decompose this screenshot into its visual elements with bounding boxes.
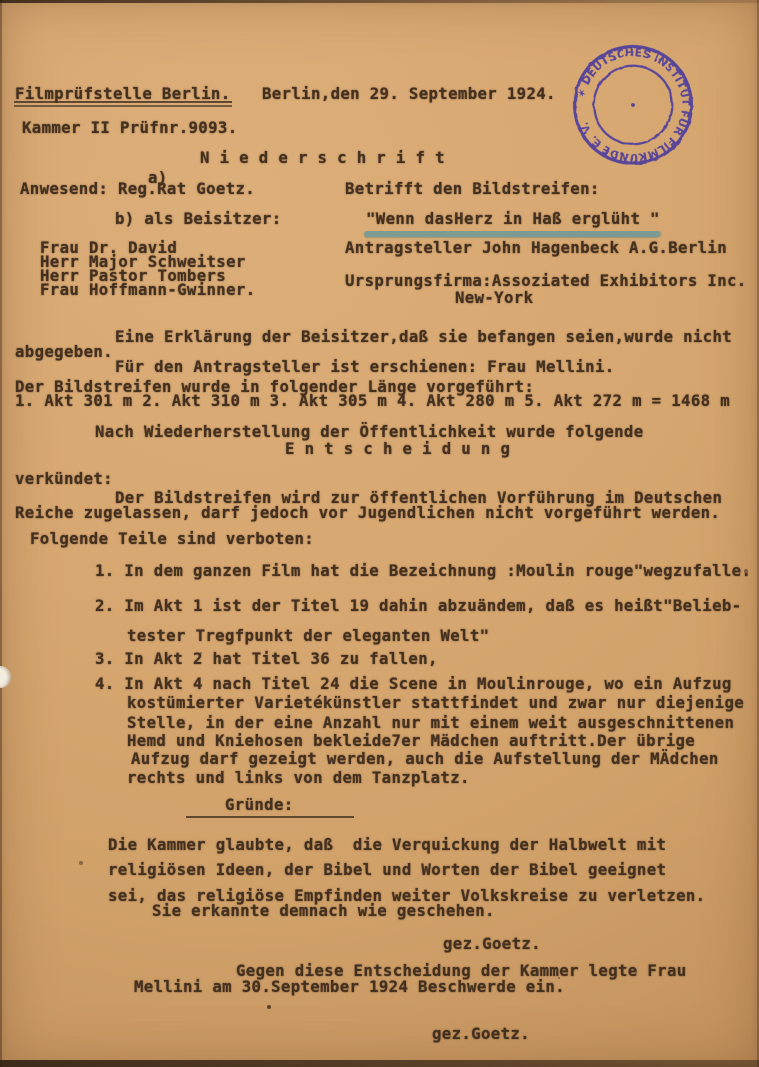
item-2-line-2: tester Tregfpunkt der eleganten Welt" xyxy=(127,628,489,644)
institute-stamp: ✶ DEUTSCHES INSTITUT FÜR FILMKUNDE E. V. xyxy=(557,29,708,180)
grounds-heading: Gründe: xyxy=(225,797,294,813)
office-underline-2 xyxy=(14,105,232,107)
grounds-underline xyxy=(186,816,354,818)
grounds-line-2: religiösen Ideen, der Bibel und Worten d… xyxy=(108,862,666,878)
scan-edge-left xyxy=(0,0,2,1067)
signature-2: gez.Goetz. xyxy=(432,1026,530,1042)
length-acts: 1. Akt 301 m 2. Akt 310 m 3. Akt 305 m 4… xyxy=(15,393,730,409)
grounds-line-1: Die Kammer glaubte, daß die Verquickung … xyxy=(108,837,666,853)
office-underline-1 xyxy=(14,101,232,103)
item-1-line-1: 1. In dem ganzen Film hat die Bezeichnun… xyxy=(95,563,751,579)
present-line: Anwesend: Reg.Rat Goetz. xyxy=(20,181,255,197)
scan-edge-bottom xyxy=(0,1060,759,1067)
signature-1: gez.Goetz. xyxy=(443,936,541,952)
re-label: Betrifft den Bildstreifen: xyxy=(345,181,600,197)
item-4-line-4: Hemd und Kniehosen bekleide7er Mädchen a… xyxy=(127,733,695,749)
decision-word: E n t s c h e i d u n g xyxy=(285,441,510,457)
item-2-line-1: 2. Im Akt 1 ist der Titel 19 dahin abzuä… xyxy=(95,598,741,614)
origin-city: New-York xyxy=(455,290,533,306)
appeared-line: Für den Antragsteller ist erschienen: Fr… xyxy=(115,359,615,375)
document-scan: Filmprüfstelle Berlin. Berlin,den 29. Se… xyxy=(0,0,759,1067)
item-4-line-6: rechts und links von dem Tanzplatz. xyxy=(127,770,470,786)
chamber-line: Kammer II Prüfnr.9093. xyxy=(22,120,237,136)
decision-intro: Nach Wiederherstellung der Öffentlichkei… xyxy=(95,424,644,440)
office-title: Filmprüfstelle Berlin. xyxy=(15,86,230,102)
appeal-line-2: Mellini am 30.September 1924 Beschwerde … xyxy=(134,979,565,995)
ink-specks xyxy=(0,0,2,2)
stamp-center-dot xyxy=(631,103,635,107)
applicant-line: Antragsteller John Hagenbeck A.G.Berlin xyxy=(345,240,727,256)
item-3-line-1: 3. In Akt 2 hat Titel 36 zu fallen, xyxy=(95,651,438,667)
film-title: "Wenn dasHerz in Haß erglüht " xyxy=(366,211,660,227)
label-b: b) als Beisitzer: xyxy=(115,211,282,227)
doc-title: N i e d e r s c h r i f t xyxy=(200,150,445,166)
origin-line: Ursprungsfirma:Assoziated Exhibitors Inc… xyxy=(345,273,747,289)
verkuendet-line: verkündet: xyxy=(15,471,113,487)
declaration-line-2: abgegeben. xyxy=(15,344,113,360)
member-4: Frau Hoffmann-Gwinner. xyxy=(40,282,255,298)
forbidden-intro: Folgende Teile sind verboten: xyxy=(30,531,314,547)
punch-hole xyxy=(0,666,11,688)
declaration-line-1: Eine Erklärung der Beisitzer,daß sie bef… xyxy=(115,329,732,345)
item-4-line-2: kostümierter Varietékünstler stattfindet… xyxy=(127,695,744,711)
scan-edge-top xyxy=(0,0,759,3)
item-4-line-5: Aufzug darf gezeigt werden, auch die Auf… xyxy=(131,751,719,767)
decision-text-2: Reiche zugelassen, darf jedoch vor Jugen… xyxy=(15,505,720,521)
item-4-line-3: Stelle, in der eine Anzahl nur mit einem… xyxy=(127,715,734,731)
film-title-pencil-underline xyxy=(364,231,660,237)
grounds-line-4: Sie erkannte demnach wie geschehen. xyxy=(152,903,495,919)
item-4-line-1: 4. In Akt 4 nach Titel 24 die Scene in M… xyxy=(95,676,732,692)
date-line: Berlin,den 29. September 1924. xyxy=(262,86,556,102)
